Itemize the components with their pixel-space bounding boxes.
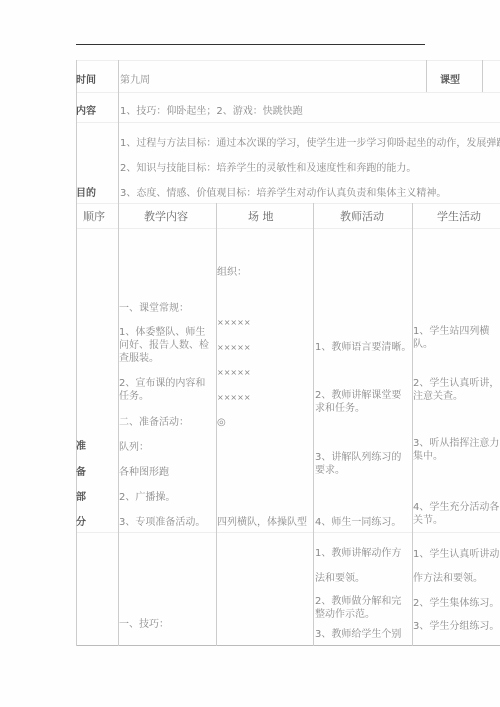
teacher-position-icon: ◎ — [217, 416, 226, 429]
goal-2: 2、知识与技能目标：培养学生的灵敏性和及速度性和奔跑的能力。 — [120, 162, 416, 175]
table-bottom — [76, 645, 500, 646]
row-border — [76, 60, 500, 61]
prep-content: 3、专项准备活动。 — [119, 516, 205, 529]
prep-content: 一、课堂常规： — [119, 302, 189, 315]
prep-content: 二、准备活动： — [119, 416, 189, 429]
col-venue: 场 地 — [248, 210, 274, 223]
col-border — [482, 60, 483, 92]
prep-content: 1、体委整队、师生问好、报告人数、检查服装。 — [119, 326, 213, 365]
prep-teacher: 1、教师语言要清晰。 — [315, 341, 411, 354]
col-order: 顺序 — [83, 210, 105, 223]
col-border — [313, 203, 314, 646]
venue-row: ××××× — [217, 341, 251, 354]
basic-teacher: 法和要领。 — [315, 572, 365, 585]
basic-student: 1、学生认真听讲动 — [413, 548, 499, 561]
goal-3: 3、态度、情感、价值观目标：培养学生对动作认真负责和集体主义精神。 — [120, 187, 446, 200]
basic-teacher: 3、教师给学生个别 — [315, 628, 401, 641]
venue-row: ××××× — [217, 366, 251, 379]
row-border — [76, 203, 500, 204]
section-char: 备 — [76, 466, 86, 479]
row-border — [76, 228, 500, 229]
goal-1: 1、过程与方法目标：通过本次课的学习，使学生进一步学习仰卧起坐的动作，发展弹跳 — [120, 137, 500, 150]
prep-teacher: 2、教师讲解课堂要求和任务。 — [315, 389, 410, 415]
row-border — [76, 122, 500, 123]
section-char: 分 — [76, 516, 86, 529]
goal-label: 目的 — [76, 187, 96, 200]
time-value: 第九周 — [120, 74, 150, 87]
col-border — [426, 60, 427, 92]
row-border — [76, 92, 500, 93]
col-teacher: 教师活动 — [340, 210, 384, 223]
section-char: 部 — [76, 491, 86, 504]
type-label: 课型 — [440, 74, 460, 87]
section-char: 准 — [76, 440, 86, 453]
prep-teacher: 3、讲解队列练习的要求。 — [315, 451, 410, 477]
prep-student: 4、学生充分活动各关节。 — [413, 501, 500, 527]
venue-row: ××××× — [217, 316, 251, 329]
col-border — [76, 60, 77, 646]
row-border — [76, 532, 500, 533]
prep-content: 2、广播操。 — [119, 491, 175, 504]
prep-teacher: 4、师生一同练习。 — [315, 516, 401, 529]
basic-student: 3、学生分组练习。 — [413, 620, 499, 633]
col-student: 学生活动 — [437, 210, 481, 223]
venue-org: 组织： — [217, 266, 247, 279]
basic-content: 一、技巧： — [119, 618, 169, 631]
prep-content: 各种图形跑 — [119, 466, 169, 479]
time-label: 时间 — [76, 74, 96, 87]
basic-teacher: 2、教师做分解和完整动作示范。 — [315, 595, 410, 621]
prep-content: 队列： — [119, 441, 149, 454]
prep-student: 2、学生认真听讲，注意关查。 — [413, 377, 500, 403]
content-value: 1、技巧：仰卧起坐；2、游戏：快跳快跑 — [120, 105, 303, 118]
prep-student: 1、学生站四列横队。 — [413, 325, 500, 351]
top-rule — [76, 44, 425, 45]
col-content: 教学内容 — [144, 210, 188, 223]
basic-student: 2、学生集体练习。 — [413, 597, 499, 610]
venue-formation: 四列横队，体操队型 — [217, 516, 307, 529]
prep-content: 2、宣布课的内容和任务。 — [119, 377, 213, 403]
venue-row: ××××× — [217, 391, 251, 404]
prep-student: 3、听从指挥注意力集中。 — [413, 437, 500, 463]
basic-student: 作方法和要领。 — [413, 572, 483, 585]
content-label: 内容 — [76, 105, 96, 118]
basic-teacher: 1、教师讲解动作方 — [315, 547, 401, 560]
